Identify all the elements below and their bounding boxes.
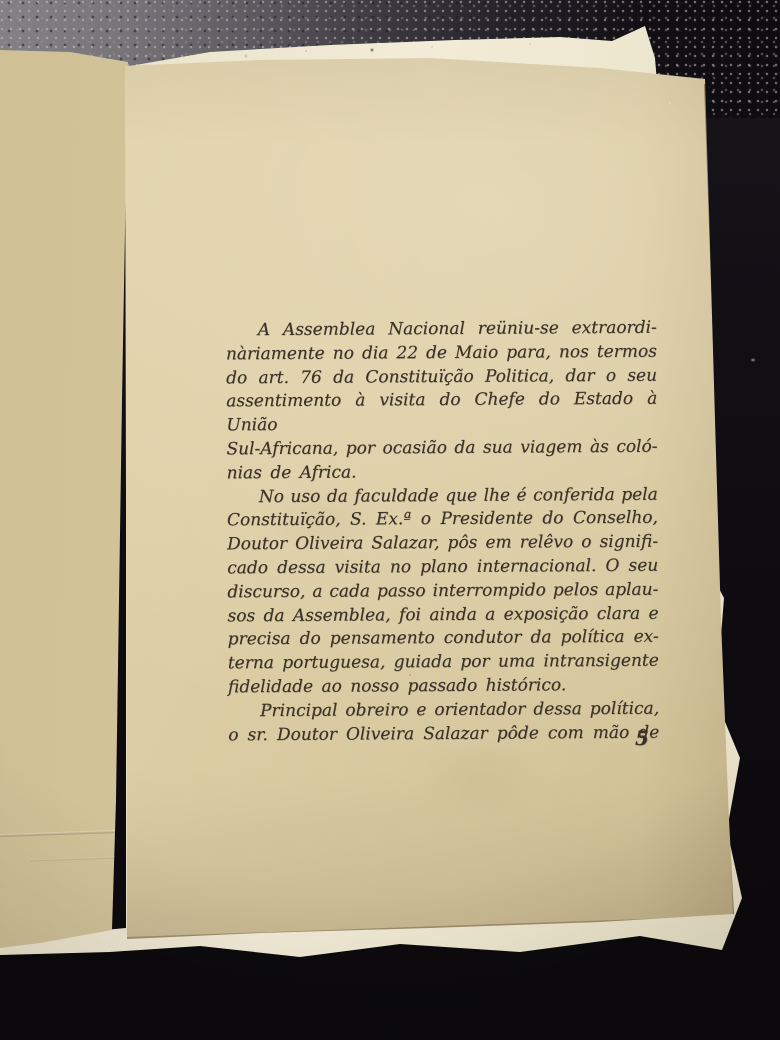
page-number: 5 [630, 726, 654, 750]
printed-text-block: A Assemblea Nacional reüniu-se extraordi… [226, 317, 660, 748]
text-line: Sul-Africana, por ocasião da sua viagem … [226, 436, 657, 462]
text-line: terna portuguesa, guiada por uma intrans… [228, 650, 659, 676]
text-line: nàriamente no dia 22 de Maio para, nos t… [226, 340, 657, 366]
text-line: A Assemblea Nacional reüniu-se extraordi… [226, 317, 657, 343]
text-line: cado dessa visita no plano internacional… [227, 555, 658, 581]
text-line: do art. 76 da Constituïção Politica, dar… [226, 364, 657, 390]
text-line: fidelidade ao nosso passado histórico. [228, 674, 659, 700]
text-line: No uso da faculdade que lhe é conferida … [227, 483, 658, 509]
page-crease [0, 830, 118, 837]
page-crease [30, 856, 116, 861]
text-line: sos da Assemblea, foi ainda a exposição … [227, 602, 658, 628]
text-line: Principal obreiro e orientador dessa pol… [228, 697, 659, 723]
text-line: assentimento à visita do Chefe do Estado… [226, 388, 657, 438]
text-line: nias de Africa. [227, 459, 658, 485]
text-line: Doutor Oliveira Salazar, pôs em relêvo o… [227, 531, 658, 557]
text-line: precisa do pensamento condutor da políti… [228, 626, 659, 652]
book-photo: A Assemblea Nacional reüniu-se extraordi… [0, 0, 780, 1040]
text-line: Constituïção, S. Ex.ª o Presidente do Co… [227, 507, 658, 533]
text-line: o sr. Doutor Oliveira Salazar pôde com m… [228, 721, 659, 747]
text-line: discurso, a cada passo interrompido pelo… [227, 578, 658, 604]
